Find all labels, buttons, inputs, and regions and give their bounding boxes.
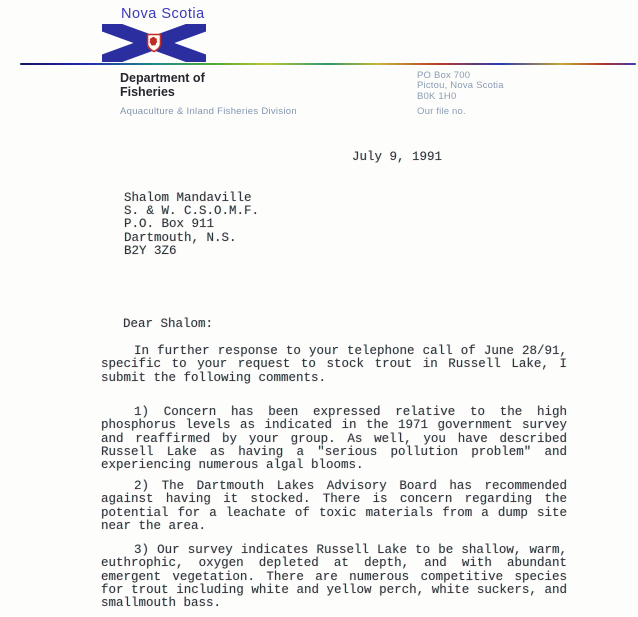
- salutation: Dear Shalom:: [123, 317, 213, 331]
- file-number-label: Our file no.: [417, 106, 466, 117]
- recipient-line: Dartmouth, N.S.: [124, 232, 259, 245]
- recipient-line: B2Y 3Z6: [124, 245, 259, 258]
- letter-paragraph-2: 2) The Dartmouth Lakes Advisory Board ha…: [101, 480, 567, 533]
- crest-shield-icon: [148, 35, 161, 52]
- recipient-line: P.O. Box 911: [124, 218, 259, 231]
- letterhead-address: PO Box 700 Pictou, Nova Scotia B0K 1H0: [417, 71, 504, 102]
- nova-scotia-wordmark: Nova Scotia: [121, 6, 205, 22]
- letterhead-divider: [20, 63, 636, 65]
- letter-paragraph-3: 3) Our survey indicates Russell Lake to …: [101, 544, 567, 610]
- department-title: Department of Fisheries: [120, 72, 205, 99]
- nova-scotia-flag-icon: [102, 24, 206, 62]
- recipient-address: Shalom Mandaville S. & W. C.S.O.M.F. P.O…: [124, 192, 259, 258]
- letter-paragraph-intro: In further response to your telephone ca…: [101, 345, 567, 385]
- letterhead-address-line: B0K 1H0: [417, 92, 504, 102]
- letter-paragraph-1: 1) Concern has been expressed relative t…: [101, 406, 567, 472]
- division-subtitle: Aquaculture & Inland Fisheries Division: [120, 106, 297, 117]
- letter-page: Nova Scotia Department of Fisheries Aqua…: [0, 0, 638, 617]
- letter-date: July 9, 1991: [352, 150, 442, 164]
